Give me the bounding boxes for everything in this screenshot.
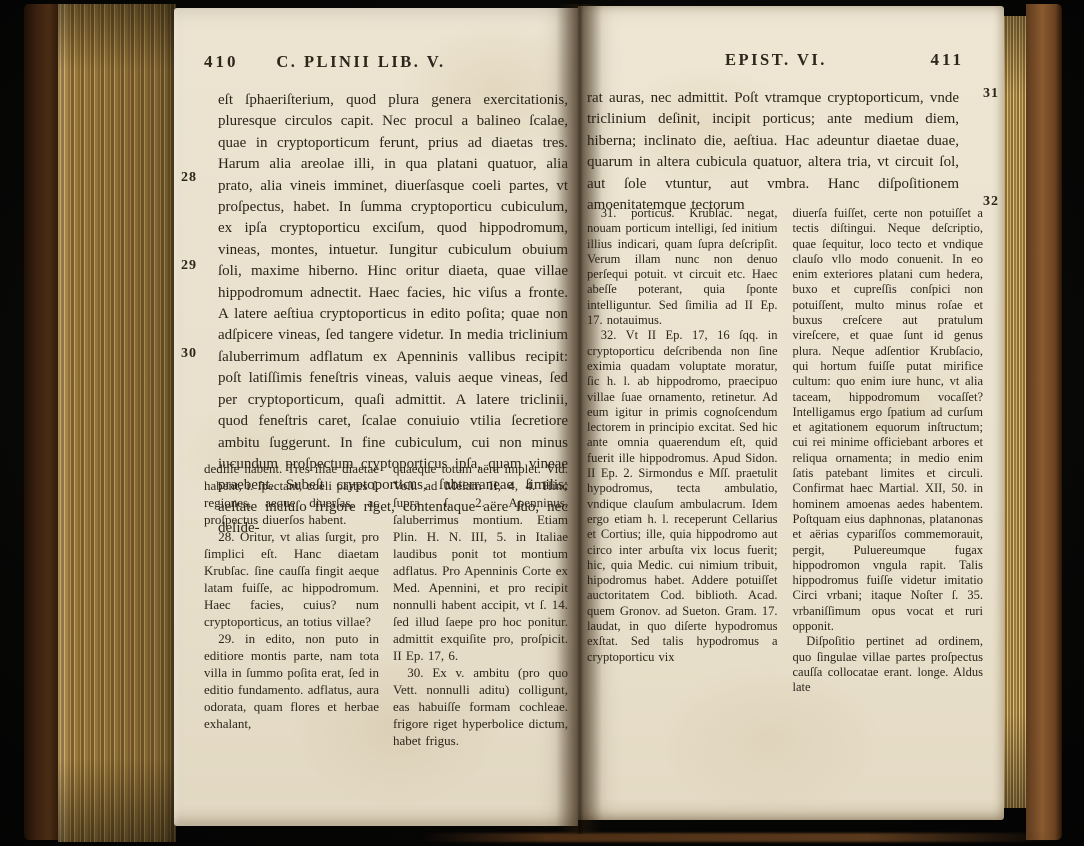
- left-book-cover: [24, 4, 60, 840]
- footnote-paragraph: 30. Ex v. ambitu (pro quo Vett. nonnulli…: [393, 664, 568, 749]
- commentary-paragraph: 31. porticus. Krubſac. negat, nouam port…: [587, 206, 778, 328]
- footnote-paragraph: quaeque totum aëra implet. Vid. Voſſ. ad…: [393, 460, 568, 664]
- footnote-column-1: dediſſe habent. Tres illae diaetae haben…: [204, 460, 379, 749]
- footnote-paragraph: dediſſe habent. Tres illae diaetae haben…: [204, 460, 379, 528]
- margin-section-number: 32: [983, 194, 999, 210]
- commentary-paragraph: Diſpoſitio pertinet ad ordinem, quo ſing…: [793, 634, 984, 695]
- footnote-block: dediſſe habent. Tres illae diaetae haben…: [204, 460, 568, 749]
- commentary-column-2: diuerſa fuiſſet, certe non potuiſſet a t…: [793, 206, 984, 696]
- margin-section-number: 31: [983, 86, 999, 102]
- book-photograph: 410 C. PLINII LIB. V. eſt ſphaeriſterium…: [0, 0, 1084, 846]
- running-title-left: C. PLINII LIB. V.: [174, 52, 548, 72]
- commentary-column-1: 31. porticus. Krubſac. negat, nouam port…: [587, 206, 778, 696]
- footnote-paragraph: 28. Oritur, vt alias ſurgit, pro ſimplic…: [204, 528, 379, 630]
- page-number-right: 411: [930, 50, 964, 70]
- footnote-column-2: quaeque totum aëra implet. Vid. Voſſ. ad…: [393, 460, 568, 749]
- commentary-block: 31. porticus. Krubſac. negat, nouam port…: [587, 206, 983, 696]
- left-page-edges: [58, 4, 176, 842]
- margin-section-number: 28: [181, 170, 197, 186]
- right-page: EPIST. VI. 411 rat auras, nec admittit. …: [578, 6, 1004, 820]
- bottom-cover-edge: [420, 833, 1060, 842]
- right-book-cover: [1026, 4, 1062, 840]
- footnote-paragraph: 29. in edito, non puto in editiore monti…: [204, 630, 379, 732]
- margin-section-number: 30: [181, 346, 197, 362]
- margin-section-number: 29: [181, 258, 197, 274]
- commentary-paragraph: 32. Vt II Ep. 17, 16 ſqq. in cryptoporti…: [587, 328, 778, 665]
- main-text-right: rat auras, nec admittit. Poſt vtramque c…: [587, 88, 959, 216]
- commentary-paragraph: diuerſa fuiſſet, certe non potuiſſet a t…: [793, 206, 984, 634]
- right-page-edges: [1004, 16, 1028, 808]
- left-page: 410 C. PLINII LIB. V. eſt ſphaeriſterium…: [174, 8, 578, 826]
